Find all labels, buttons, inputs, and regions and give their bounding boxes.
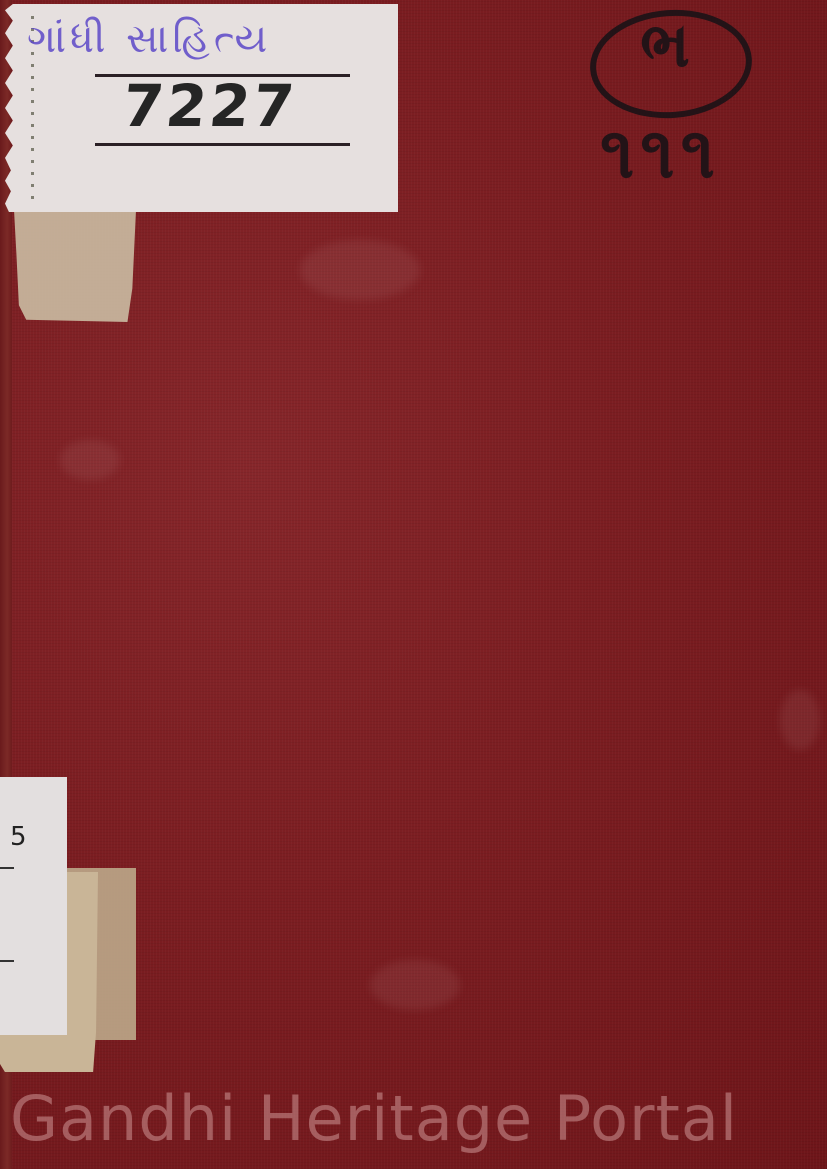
volume-number: 5 [10, 822, 27, 852]
label-rule-line [95, 143, 350, 146]
watermark-text: Gandhi Heritage Portal [10, 1082, 738, 1155]
cloth-wear-spot [300, 240, 420, 300]
circled-letter: ભ [620, 8, 710, 82]
torn-paper-remnant-top [14, 210, 136, 322]
cloth-wear-spot [780, 690, 820, 750]
library-label-top: ગાંધી સાહિત્ય 7227 [5, 4, 398, 212]
label-tick-line [0, 960, 14, 962]
library-label-bottom: 5 [0, 777, 67, 1035]
label-accession-number: 7227 [119, 72, 300, 140]
book-cover: ગાંધી સાહિત્ય 7227 ભ ૧૧૧ 5 Gandhi Herita… [0, 0, 827, 1169]
cloth-wear-spot [370, 960, 460, 1010]
label-collection-title: ગાંધી સાહિત્ય [27, 16, 271, 62]
label-tick-line [0, 867, 14, 869]
cloth-wear-spot [60, 440, 120, 480]
shelf-number: ૧૧૧ [600, 112, 721, 195]
